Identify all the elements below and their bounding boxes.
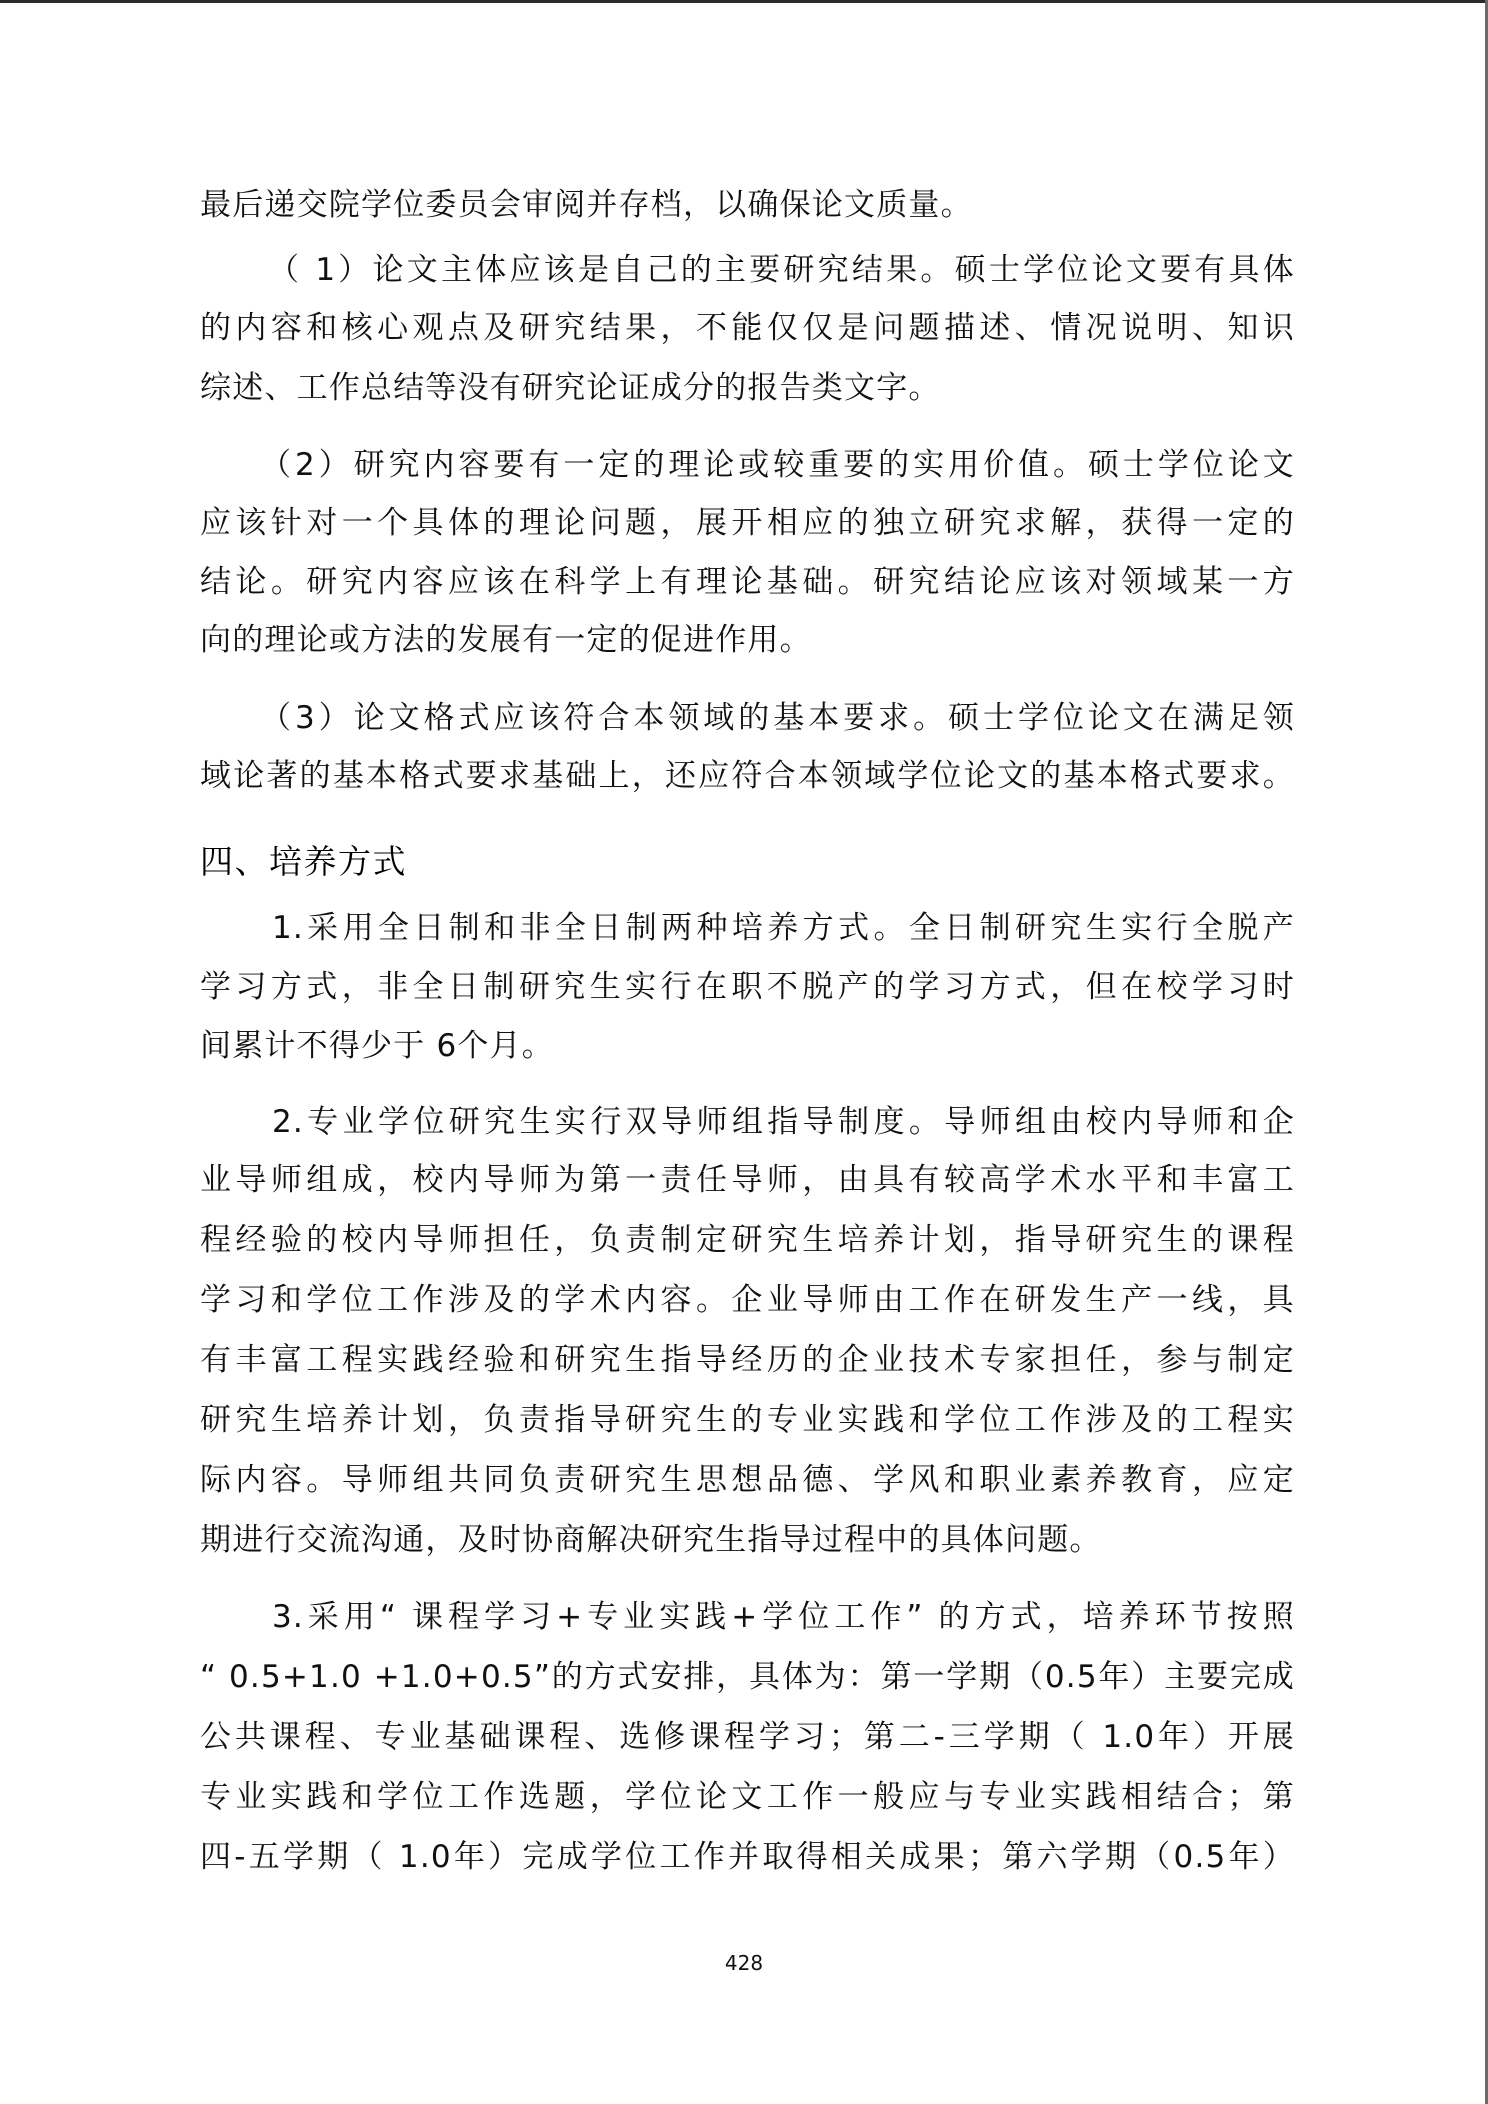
requirement-1-line-2: 的内容和核心观点及研究结果，不能仅仅是问题描述、情况说明、知识 — [200, 308, 1295, 348]
paragraph-intro-tail-line: 最后递交院学位委员会审阅并存档，以确保论文质量。 — [200, 185, 973, 225]
training-item-1-line-3: 间累计不得少于 6个月。 — [200, 1026, 554, 1066]
requirement-1-line-1: （ 1）论文主体应该是自己的主要研究结果。硕士学位论文要有具体 — [200, 250, 1295, 290]
section-heading: 四、培养方式 — [200, 840, 407, 884]
training-item-2-line-6: 研究生培养计划，负责指导研究生的专业实践和学位工作涉及的工程实 — [200, 1400, 1295, 1440]
training-item-3-line-4: 专业实践和学位工作选题，学位论文工作一般应与专业实践相结合；第 — [200, 1777, 1295, 1817]
training-item-3-line-1: 3.采用“ 课程学习+专业实践+学位工作” 的方式，培养环节按照 — [200, 1597, 1295, 1637]
requirement-2-line-4: 向的理论或方法的发展有一定的促进作用。 — [200, 620, 812, 660]
requirement-1-line-3: 综述、工作总结等没有研究论证成分的报告类文字。 — [200, 368, 941, 408]
training-item-2-line-7: 际内容。导师组共同负责研究生思想品德、学风和职业素养教育，应定 — [200, 1460, 1295, 1500]
requirement-3-line-2: 域论著的基本格式要求基础上，还应符合本领域学位论文的基本格式要求。 — [200, 756, 1295, 796]
page-top-border — [0, 0, 1488, 3]
training-item-2-line-5: 有丰富工程实践经验和研究生指导经历的企业技术专家担任，参与制定 — [200, 1340, 1295, 1380]
training-item-2-line-3: 程经验的校内导师担任，负责制定研究生培养计划，指导研究生的课程 — [200, 1220, 1295, 1260]
training-item-3-line-2: “ 0.5+1.0 +1.0+0.5”的方式安排，具体为：第一学期（0.5年）主… — [200, 1657, 1295, 1697]
training-item-1-line-1: 1.采用全日制和非全日制两种培养方式。全日制研究生实行全脱产 — [200, 908, 1295, 948]
requirement-2-line-2: 应该针对一个具体的理论问题，展开相应的独立研究求解，获得一定的 — [200, 503, 1295, 543]
training-item-2-line-1: 2.专业学位研究生实行双导师组指导制度。导师组由校内导师和企 — [200, 1102, 1295, 1142]
training-item-2-line-2: 业导师组成，校内导师为第一责任导师，由具有较高学术水平和丰富工 — [200, 1160, 1295, 1200]
requirement-3-line-1: （3）论文格式应该符合本领域的基本要求。硕士学位论文在满足领 — [200, 698, 1295, 738]
training-item-2-line-4: 学习和学位工作涉及的学术内容。企业导师由工作在研发生产一线，具 — [200, 1280, 1295, 1320]
training-item-1-line-2: 学习方式，非全日制研究生实行在职不脱产的学习方式，但在校学习时 — [200, 967, 1295, 1007]
training-item-3-line-5: 四-五学期（ 1.0年）完成学位工作并取得相关成果；第六学期（0.5年） — [200, 1837, 1295, 1877]
page-number: 428 — [0, 1951, 1488, 1975]
training-item-3-line-3: 公共课程、专业基础课程、选修课程学习；第二-三学期（ 1.0年）开展 — [200, 1717, 1295, 1757]
requirement-2-line-3: 结论。研究内容应该在科学上有理论基础。研究结论应该对领域某一方 — [200, 562, 1295, 602]
training-item-2-line-8: 期进行交流沟通，及时协商解决研究生指导过程中的具体问题。 — [200, 1520, 1102, 1560]
requirement-2-line-1: （2）研究内容要有一定的理论或较重要的实用价值。硕士学位论文 — [200, 445, 1295, 485]
